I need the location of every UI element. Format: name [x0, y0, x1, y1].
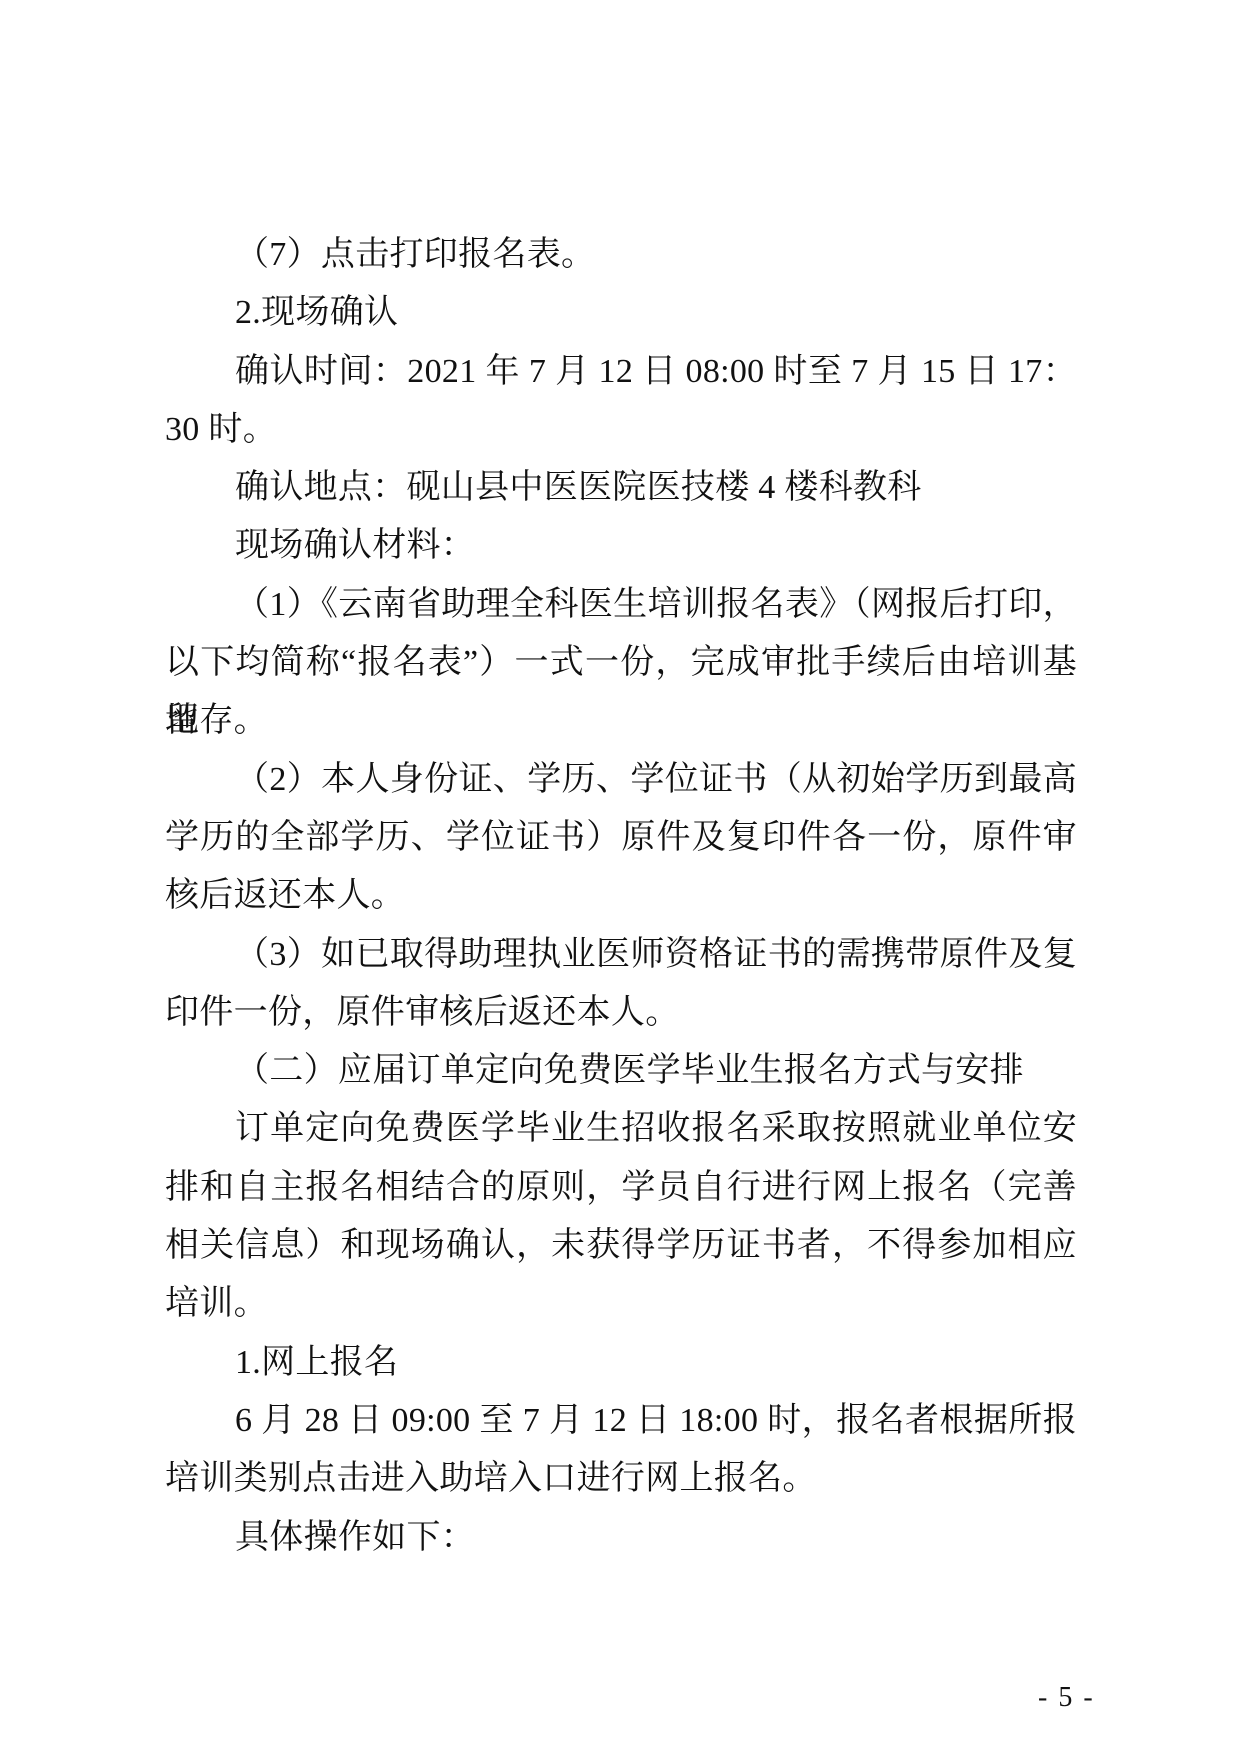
confirmation-location-text: 确认地点：砚山县中医医院医技楼 4 楼科教科: [165, 459, 1077, 517]
operation-steps-heading: 具体操作如下：: [165, 1509, 1077, 1567]
confirmation-time-text-cont: 30 时。: [165, 401, 1077, 459]
material-item-1-end: 留存。: [165, 692, 1077, 750]
online-registration-paragraph: 6 月 28 日 09:00 至 7 月 12 日 18:00 时，报名者根据所…: [165, 1392, 1077, 1450]
material-item-2-end: 核后返还本人。: [165, 867, 1077, 925]
material-item-2: （2）本人身份证、学历、学位证书（从初始学历到最高: [165, 751, 1077, 809]
section-heading-onsite-confirmation: 2.现场确认: [165, 284, 1077, 342]
material-item-3-end: 印件一份，原件审核后返还本人。: [165, 984, 1077, 1042]
order-graduates-paragraph-cont-2: 相关信息）和现场确认，未获得学历证书者，不得参加相应: [165, 1217, 1077, 1275]
material-item-1: （1）《云南省助理全科医生培训报名表》（网报后打印，: [165, 576, 1077, 634]
confirmation-time-text: 确认时间：2021 年 7 月 12 日 08:00 时至 7 月 15 日 1…: [165, 343, 1077, 401]
materials-heading: 现场确认材料：: [165, 517, 1077, 575]
material-item-2-cont: 学历的全部学历、学位证书）原件及复印件各一份，原件审: [165, 809, 1077, 867]
order-graduates-paragraph-cont-1: 排和自主报名相结合的原则，学员自行进行网上报名（完善: [165, 1159, 1077, 1217]
document-body: （7）点击打印报名表。 2.现场确认 确认时间：2021 年 7 月 12 日 …: [165, 226, 1077, 1567]
order-graduates-paragraph-end: 培训。: [165, 1275, 1077, 1333]
list-item-print-form: （7）点击打印报名表。: [165, 226, 1077, 284]
material-item-3: （3）如已取得助理执业医师资格证书的需携带原件及复: [165, 926, 1077, 984]
page-number: - 5 -: [1038, 1682, 1095, 1714]
section-heading-online-registration: 1.网上报名: [165, 1334, 1077, 1392]
section-heading-order-graduates: （二）应届订单定向免费医学毕业生报名方式与安排: [165, 1042, 1077, 1100]
online-registration-paragraph-end: 培训类别点击进入助培入口进行网上报名。: [165, 1450, 1077, 1508]
order-graduates-paragraph: 订单定向免费医学毕业生招收报名采取按照就业单位安: [165, 1100, 1077, 1158]
material-item-1-cont: 以下均简称“报名表”）一式一份，完成审批手续后由培训基地: [165, 634, 1077, 692]
